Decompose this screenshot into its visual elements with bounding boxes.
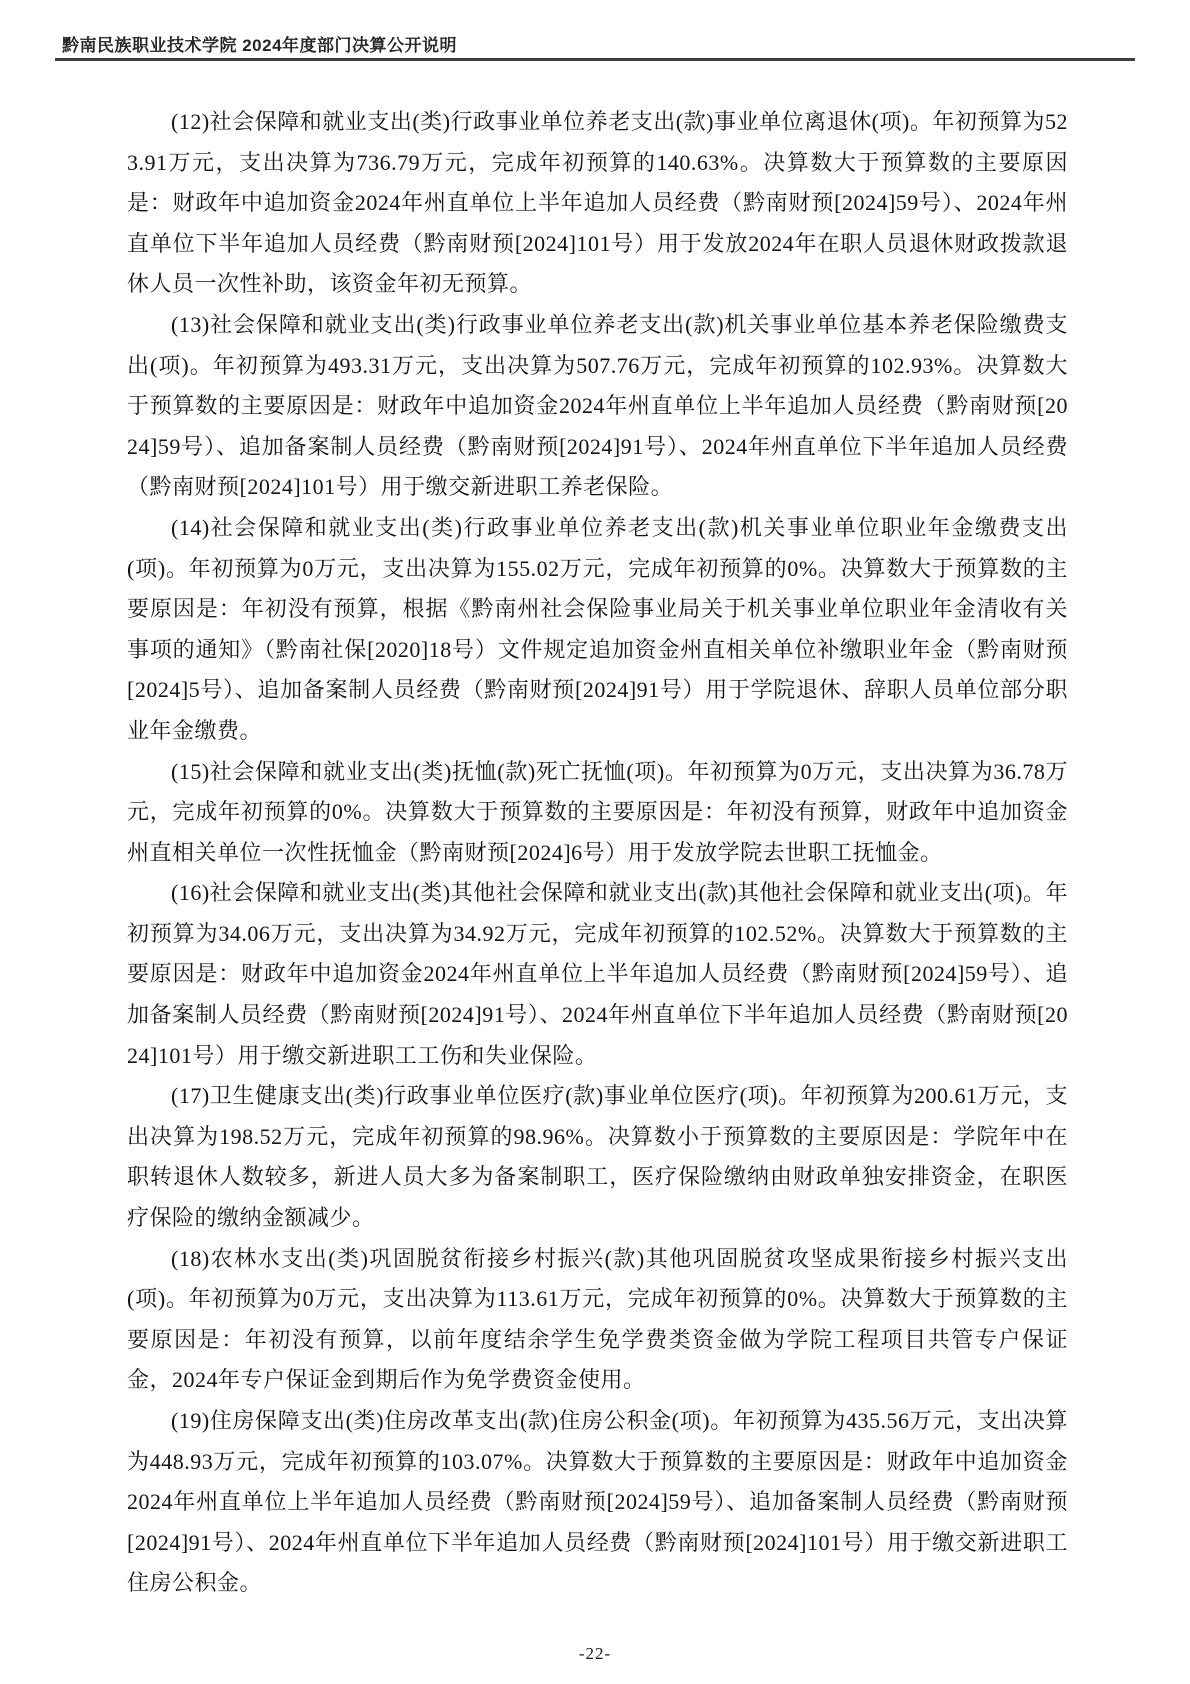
- paragraph-17: (17)卫生健康支出(类)行政事业单位医疗(款)事业单位医疗(项)。年初预算为2…: [127, 1076, 1068, 1238]
- page-header-title: 黔南民族职业技术学院 2024年度部门决算公开说明: [62, 31, 457, 56]
- page-footer: -22-: [0, 1644, 1190, 1664]
- paragraph-19: (19)住房保障支出(类)住房改革支出(款)住房公积金(项)。年初预算为435.…: [127, 1401, 1068, 1604]
- paragraph-13: (13)社会保障和就业支出(类)行政事业单位养老支出(款)机关事业单位基本养老保…: [127, 305, 1068, 508]
- paragraph-14: (14)社会保障和就业支出(类)行政事业单位养老支出(款)机关事业单位职业年金缴…: [127, 508, 1068, 752]
- paragraph-15: (15)社会保障和就业支出(类)抚恤(款)死亡抚恤(项)。年初预算为0万元，支出…: [127, 752, 1068, 874]
- document-page: 黔南民族职业技术学院 2024年度部门决算公开说明 (12)社会保障和就业支出(…: [0, 0, 1190, 1684]
- paragraph-12: (12)社会保障和就业支出(类)行政事业单位养老支出(款)事业单位离退休(项)。…: [127, 102, 1068, 305]
- document-body: (12)社会保障和就业支出(类)行政事业单位养老支出(款)事业单位离退休(项)。…: [127, 102, 1068, 1604]
- paragraph-16: (16)社会保障和就业支出(类)其他社会保障和就业支出(款)其他社会保障和就业支…: [127, 873, 1068, 1076]
- paragraph-18: (18)农林水支出(类)巩固脱贫衔接乡村振兴(款)其他巩固脱贫攻坚成果衔接乡村振…: [127, 1239, 1068, 1401]
- header-rule: [55, 58, 1135, 61]
- page-number: -22-: [579, 1644, 611, 1663]
